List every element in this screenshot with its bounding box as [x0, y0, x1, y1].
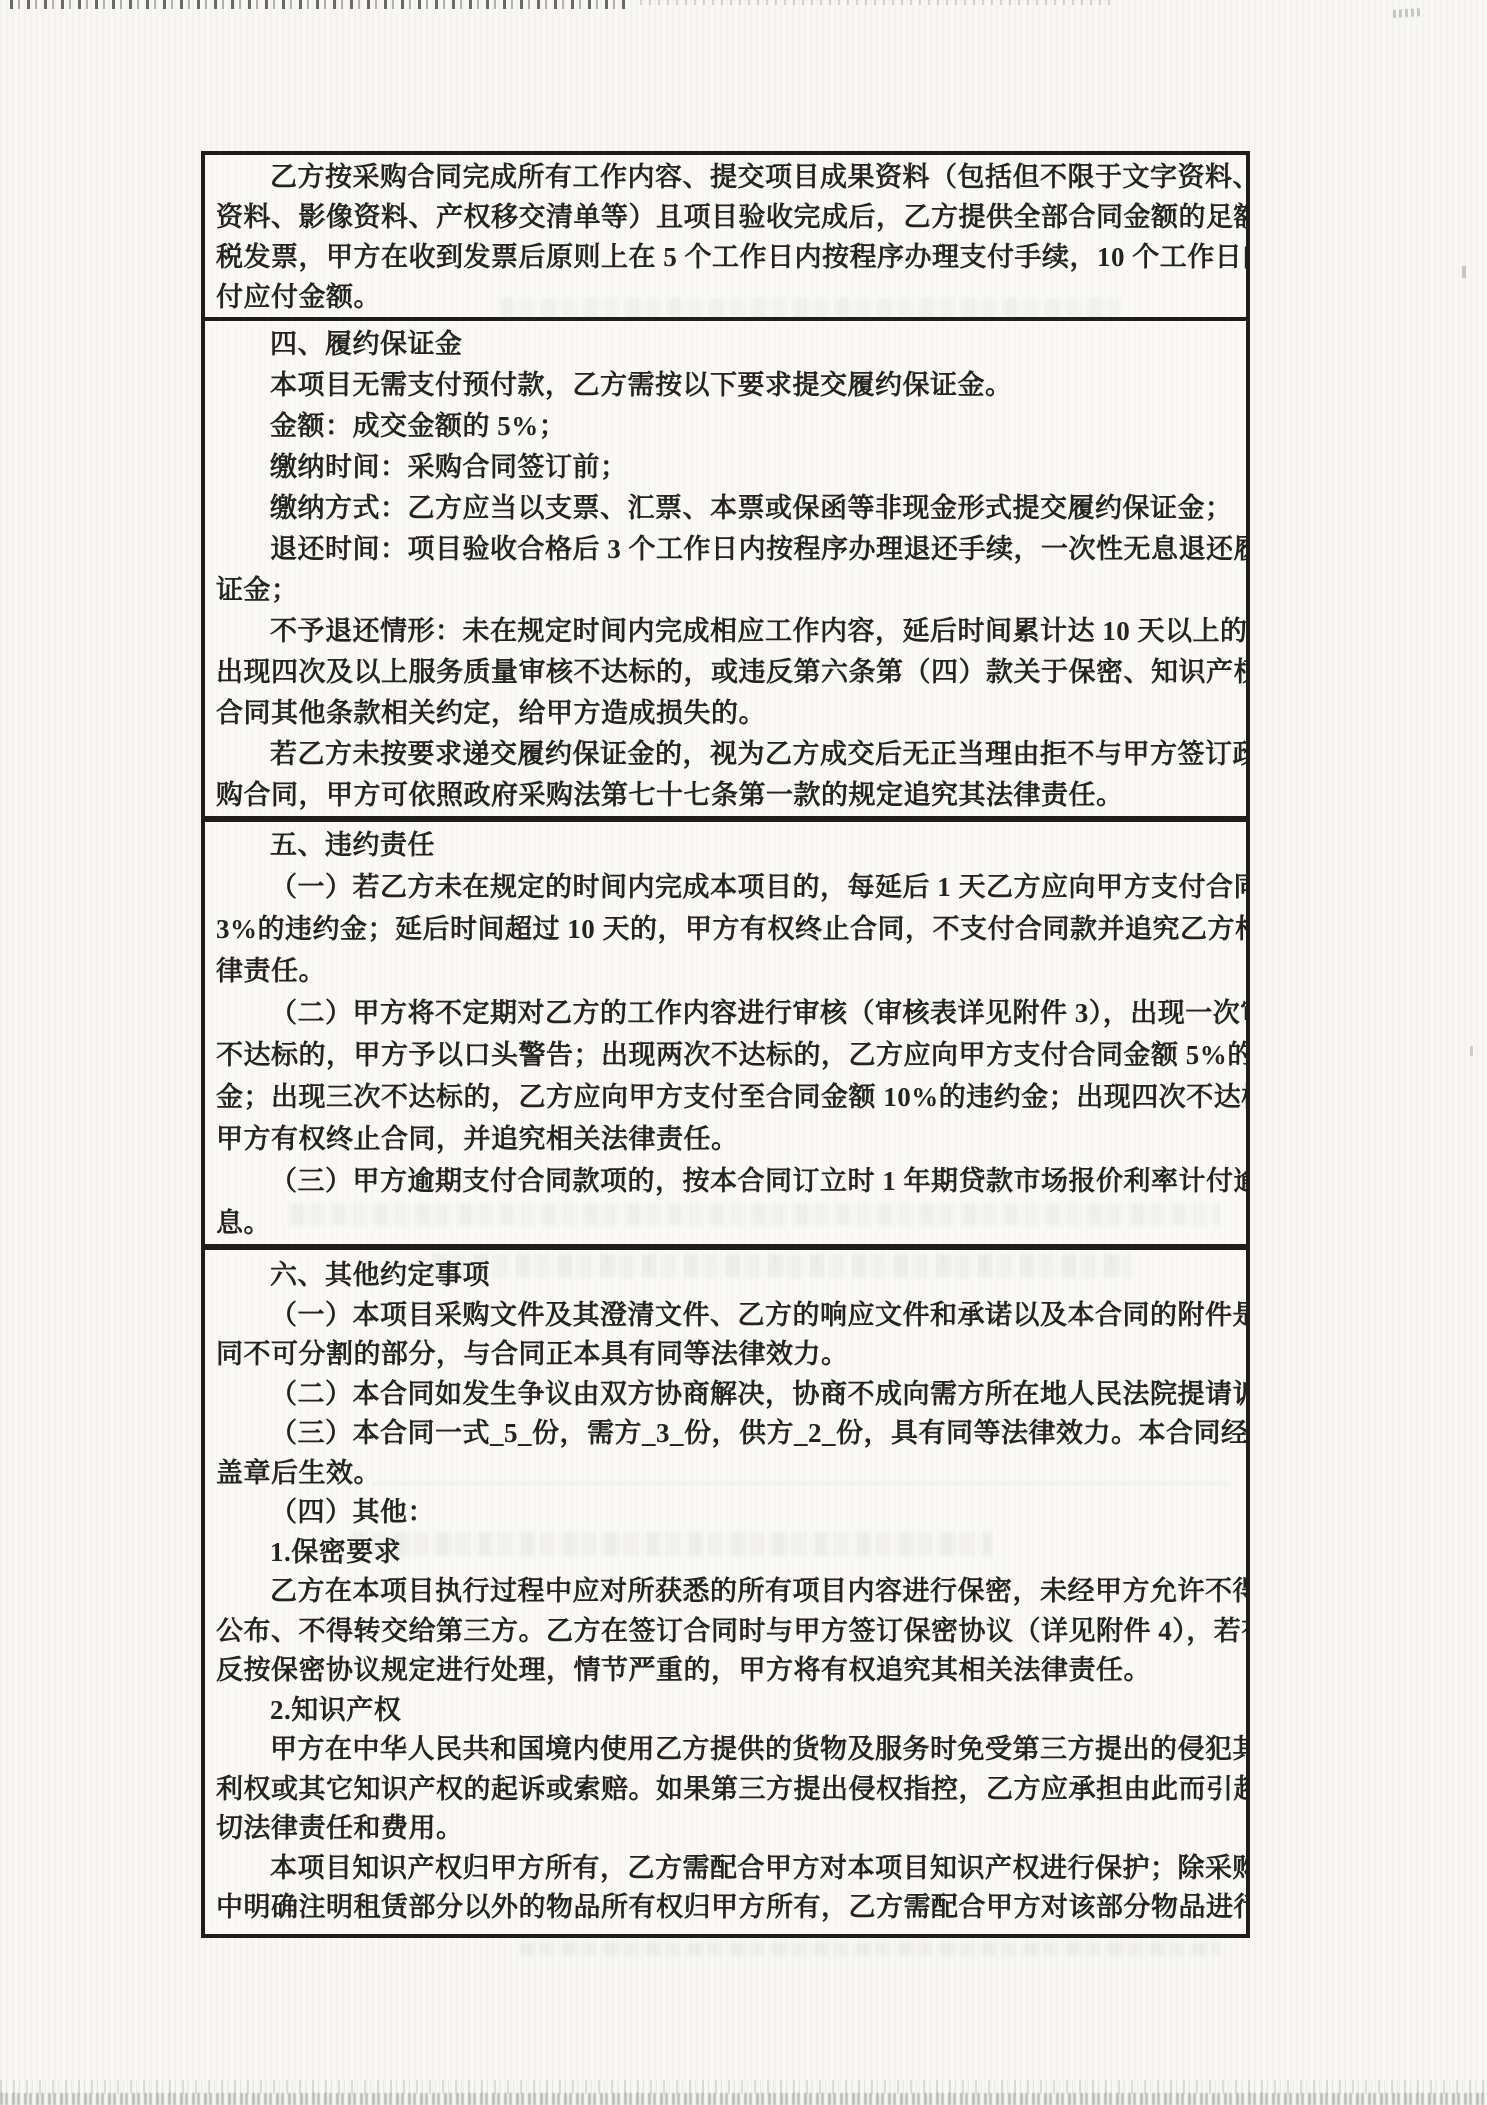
contract-line: 金额：成交金额的 5%；: [216, 406, 1236, 447]
contract-line: 同不可分割的部分，与合同正本具有同等法律效力。: [216, 1335, 1236, 1375]
contract-line: 甲方有权终止合同，并追究相关法律责任。: [216, 1118, 1236, 1160]
contract-line: 反按保密协议规定进行处理，情节严重的，甲方将有权追究其相关法律责任。: [216, 1651, 1236, 1691]
contract-line: （一）本项目采购文件及其澄清文件、乙方的响应文件和承诺以及本合同的附件是本合: [216, 1296, 1236, 1336]
ghost-text-artifact: [520, 1942, 1220, 1956]
contract-line: 中明确注明租赁部分以外的物品所有权归甲方所有，乙方需配合甲方对该部分物品进行收纳: [216, 1888, 1236, 1928]
section-payment-terms: 乙方按采购合同完成所有工作内容、提交项目成果资料（包括但不限于文字资料、图片 资…: [205, 155, 1246, 317]
contract-line: 缴纳方式：乙方应当以支票、汇票、本票或保函等非现金形式提交履约保证金；: [216, 488, 1236, 529]
section-breach-liability: 五、违约责任 （一）若乙方未在规定的时间内完成本项目的，每延后 1 天乙方应向甲…: [205, 816, 1246, 1244]
contract-line: （四）其他：: [216, 1493, 1236, 1533]
contract-line: 不达标的，甲方予以口头警告；出现两次不达标的，乙方应向甲方支付合同金额 5%的违…: [216, 1034, 1236, 1076]
scan-speck: [1393, 8, 1423, 18]
scanned-contract-page: 乙方按采购合同完成所有工作内容、提交项目成果资料（包括但不限于文字资料、图片 资…: [0, 0, 1487, 2105]
contract-line: 1.保密要求: [216, 1533, 1236, 1573]
section-performance-bond: 四、履约保证金 本项目无需支付预付款，乙方需按以下要求提交履约保证金。 金额：成…: [205, 317, 1246, 816]
contract-line: 利权或其它知识产权的起诉或索赔。如果第三方提出侵权指控，乙方应承担由此而引起的一: [216, 1770, 1236, 1810]
scan-noise-bottom: [0, 2080, 1487, 2094]
contract-line: 息。: [216, 1202, 1236, 1244]
contract-line: 乙方按采购合同完成所有工作内容、提交项目成果资料（包括但不限于文字资料、图片: [216, 157, 1236, 197]
contract-line: （三）甲方逾期支付合同款项的，按本合同订立时 1 年期贷款市场报价利率计付逾期利: [216, 1160, 1236, 1202]
contract-line: （一）若乙方未在规定的时间内完成本项目的，每延后 1 天乙方应向甲方支付合同金额: [216, 866, 1236, 908]
section-other-agreements: 六、其他约定事项 （一）本项目采购文件及其澄清文件、乙方的响应文件和承诺以及本合…: [205, 1244, 1246, 1934]
contract-line: 付应付金额。: [216, 277, 1236, 317]
contract-line: 律责任。: [216, 950, 1236, 992]
contract-line: 资料、影像资料、产权移交清单等）且项目验收完成后，乙方提供全部合同金额的足额增值: [216, 197, 1236, 237]
section-heading: 五、违约责任: [216, 824, 1236, 866]
contract-line: 退还时间：项目验收合格后 3 个工作日内按程序办理退还手续，一次性无息退还履约保: [216, 529, 1236, 570]
scan-noise-top-light: [640, 0, 1110, 5]
contract-line: 2.知识产权: [216, 1691, 1236, 1731]
contract-line: 税发票，甲方在收到发票后原则上在 5 个工作日内按程序办理支付手续，10 个工作…: [216, 237, 1236, 277]
contract-line: 3%的违约金；延后时间超过 10 天的，甲方有权终止合同，不支付合同款并追究乙方…: [216, 908, 1236, 950]
contract-table: 乙方按采购合同完成所有工作内容、提交项目成果资料（包括但不限于文字资料、图片 资…: [201, 151, 1250, 1938]
contract-line: 若乙方未按要求递交履约保证金的，视为乙方成交后无正当理由拒不与甲方签订政府采: [216, 734, 1236, 775]
contract-line: 缴纳时间：采购合同签订前；: [216, 447, 1236, 488]
contract-line: 购合同，甲方可依照政府采购法第七十七条第一款的规定追究其法律责任。: [216, 775, 1236, 816]
contract-line: （三）本合同一式_5_份，需方_3_份，供方_2_份，具有同等法律效力。本合同经…: [216, 1414, 1236, 1454]
contract-line: 本项目无需支付预付款，乙方需按以下要求提交履约保证金。: [216, 365, 1236, 406]
scan-speck: [1470, 1046, 1473, 1056]
contract-line: 合同其他条款相关约定，给甲方造成损失的。: [216, 693, 1236, 734]
section-heading: 六、其他约定事项: [216, 1256, 1236, 1296]
contract-line: 金；出现三次不达标的，乙方应向甲方支付至合同金额 10%的违约金；出现四次不达标…: [216, 1076, 1236, 1118]
scan-noise-top: [10, 0, 625, 9]
contract-line: 本项目知识产权归甲方所有，乙方需配合甲方对本项目知识产权进行保护；除采购文件: [216, 1849, 1236, 1889]
contract-line: 甲方在中华人民共和国境内使用乙方提供的货物及服务时免受第三方提出的侵犯其专: [216, 1730, 1236, 1770]
contract-line: 盖章后生效。: [216, 1454, 1236, 1494]
contract-line: 公布、不得转交给第三方。乙方在签订合同时与甲方签订保密协议（详见附件 4），若有…: [216, 1612, 1236, 1652]
section-heading: 四、履约保证金: [216, 324, 1236, 365]
scan-noise-bottom-dense: [0, 2093, 1487, 2105]
contract-line: 出现四次及以上服务质量审核不达标的，或违反第六条第（四）款关于保密、知识产权或本: [216, 652, 1236, 693]
contract-line: 乙方在本项目执行过程中应对所获悉的所有项目内容进行保密，未经甲方允许不得随意: [216, 1572, 1236, 1612]
contract-line: （二）甲方将不定期对乙方的工作内容进行审核（审核表详见附件 3），出现一次审核: [216, 992, 1236, 1034]
contract-line: 切法律责任和费用。: [216, 1809, 1236, 1849]
contract-line: （二）本合同如发生争议由双方协商解决，协商不成向需方所在地人民法院提请诉讼。: [216, 1375, 1236, 1415]
contract-line: 不予退还情形：未在规定时间内完成相应工作内容，延后时间累计达 10 天以上的，或: [216, 611, 1236, 652]
contract-line: 证金；: [216, 570, 1236, 611]
scan-speck: [1462, 266, 1466, 278]
